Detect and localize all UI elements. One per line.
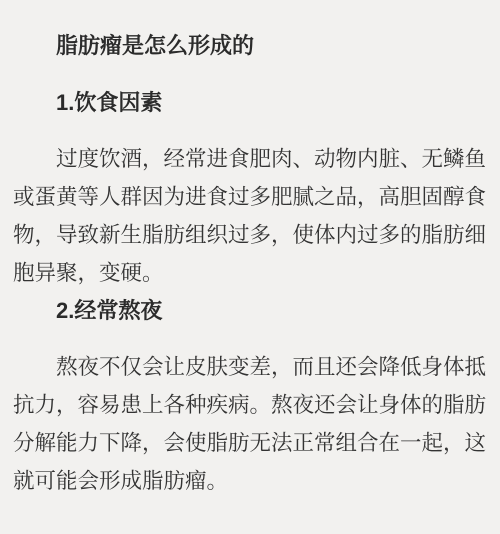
paragraph-line: 或蛋黄等人群因为进食过多肥腻之品，高胆固醇食	[13, 178, 487, 216]
section-diet: 1.饮食因素 过度饮酒，经常进食肥肉、动物内脏、无鳞鱼 或蛋黄等人群因为进食过多…	[13, 84, 487, 292]
section-staying-up-late: 2.经常熬夜 熬夜不仅会让皮肤变差，而且还会降低身体抵 抗力，容易患上各种疾病。…	[13, 292, 487, 500]
paragraph-line: 物，导致新生脂肪组织过多，使体内过多的脂肪细	[13, 216, 487, 254]
section-heading-staying-up-late: 2.经常熬夜	[13, 292, 487, 330]
paragraph-line: 就可能会形成脂肪瘤。	[13, 462, 487, 500]
paragraph-line: 抗力，容易患上各种疾病。熬夜还会让身体的脂肪	[13, 386, 487, 424]
paragraph-staying-up-late: 熬夜不仅会让皮肤变差，而且还会降低身体抵 抗力，容易患上各种疾病。熬夜还会让身体…	[13, 348, 487, 500]
paragraph-line: 熬夜不仅会让皮肤变差，而且还会降低身体抵	[13, 348, 487, 386]
paragraph-diet: 过度饮酒，经常进食肥肉、动物内脏、无鳞鱼 或蛋黄等人群因为进食过多肥腻之品，高胆…	[13, 140, 487, 292]
section-heading-diet: 1.饮食因素	[13, 84, 487, 122]
paragraph-line: 胞异聚，变硬。	[13, 254, 487, 292]
paragraph-line: 过度饮酒，经常进食肥肉、动物内脏、无鳞鱼	[13, 140, 487, 178]
paragraph-line: 分解能力下降，会使脂肪无法正常组合在一起，这	[13, 424, 487, 462]
page-title: 脂肪瘤是怎么形成的	[13, 27, 487, 65]
article-page: 脂肪瘤是怎么形成的 1.饮食因素 过度饮酒，经常进食肥肉、动物内脏、无鳞鱼 或蛋…	[0, 0, 500, 534]
